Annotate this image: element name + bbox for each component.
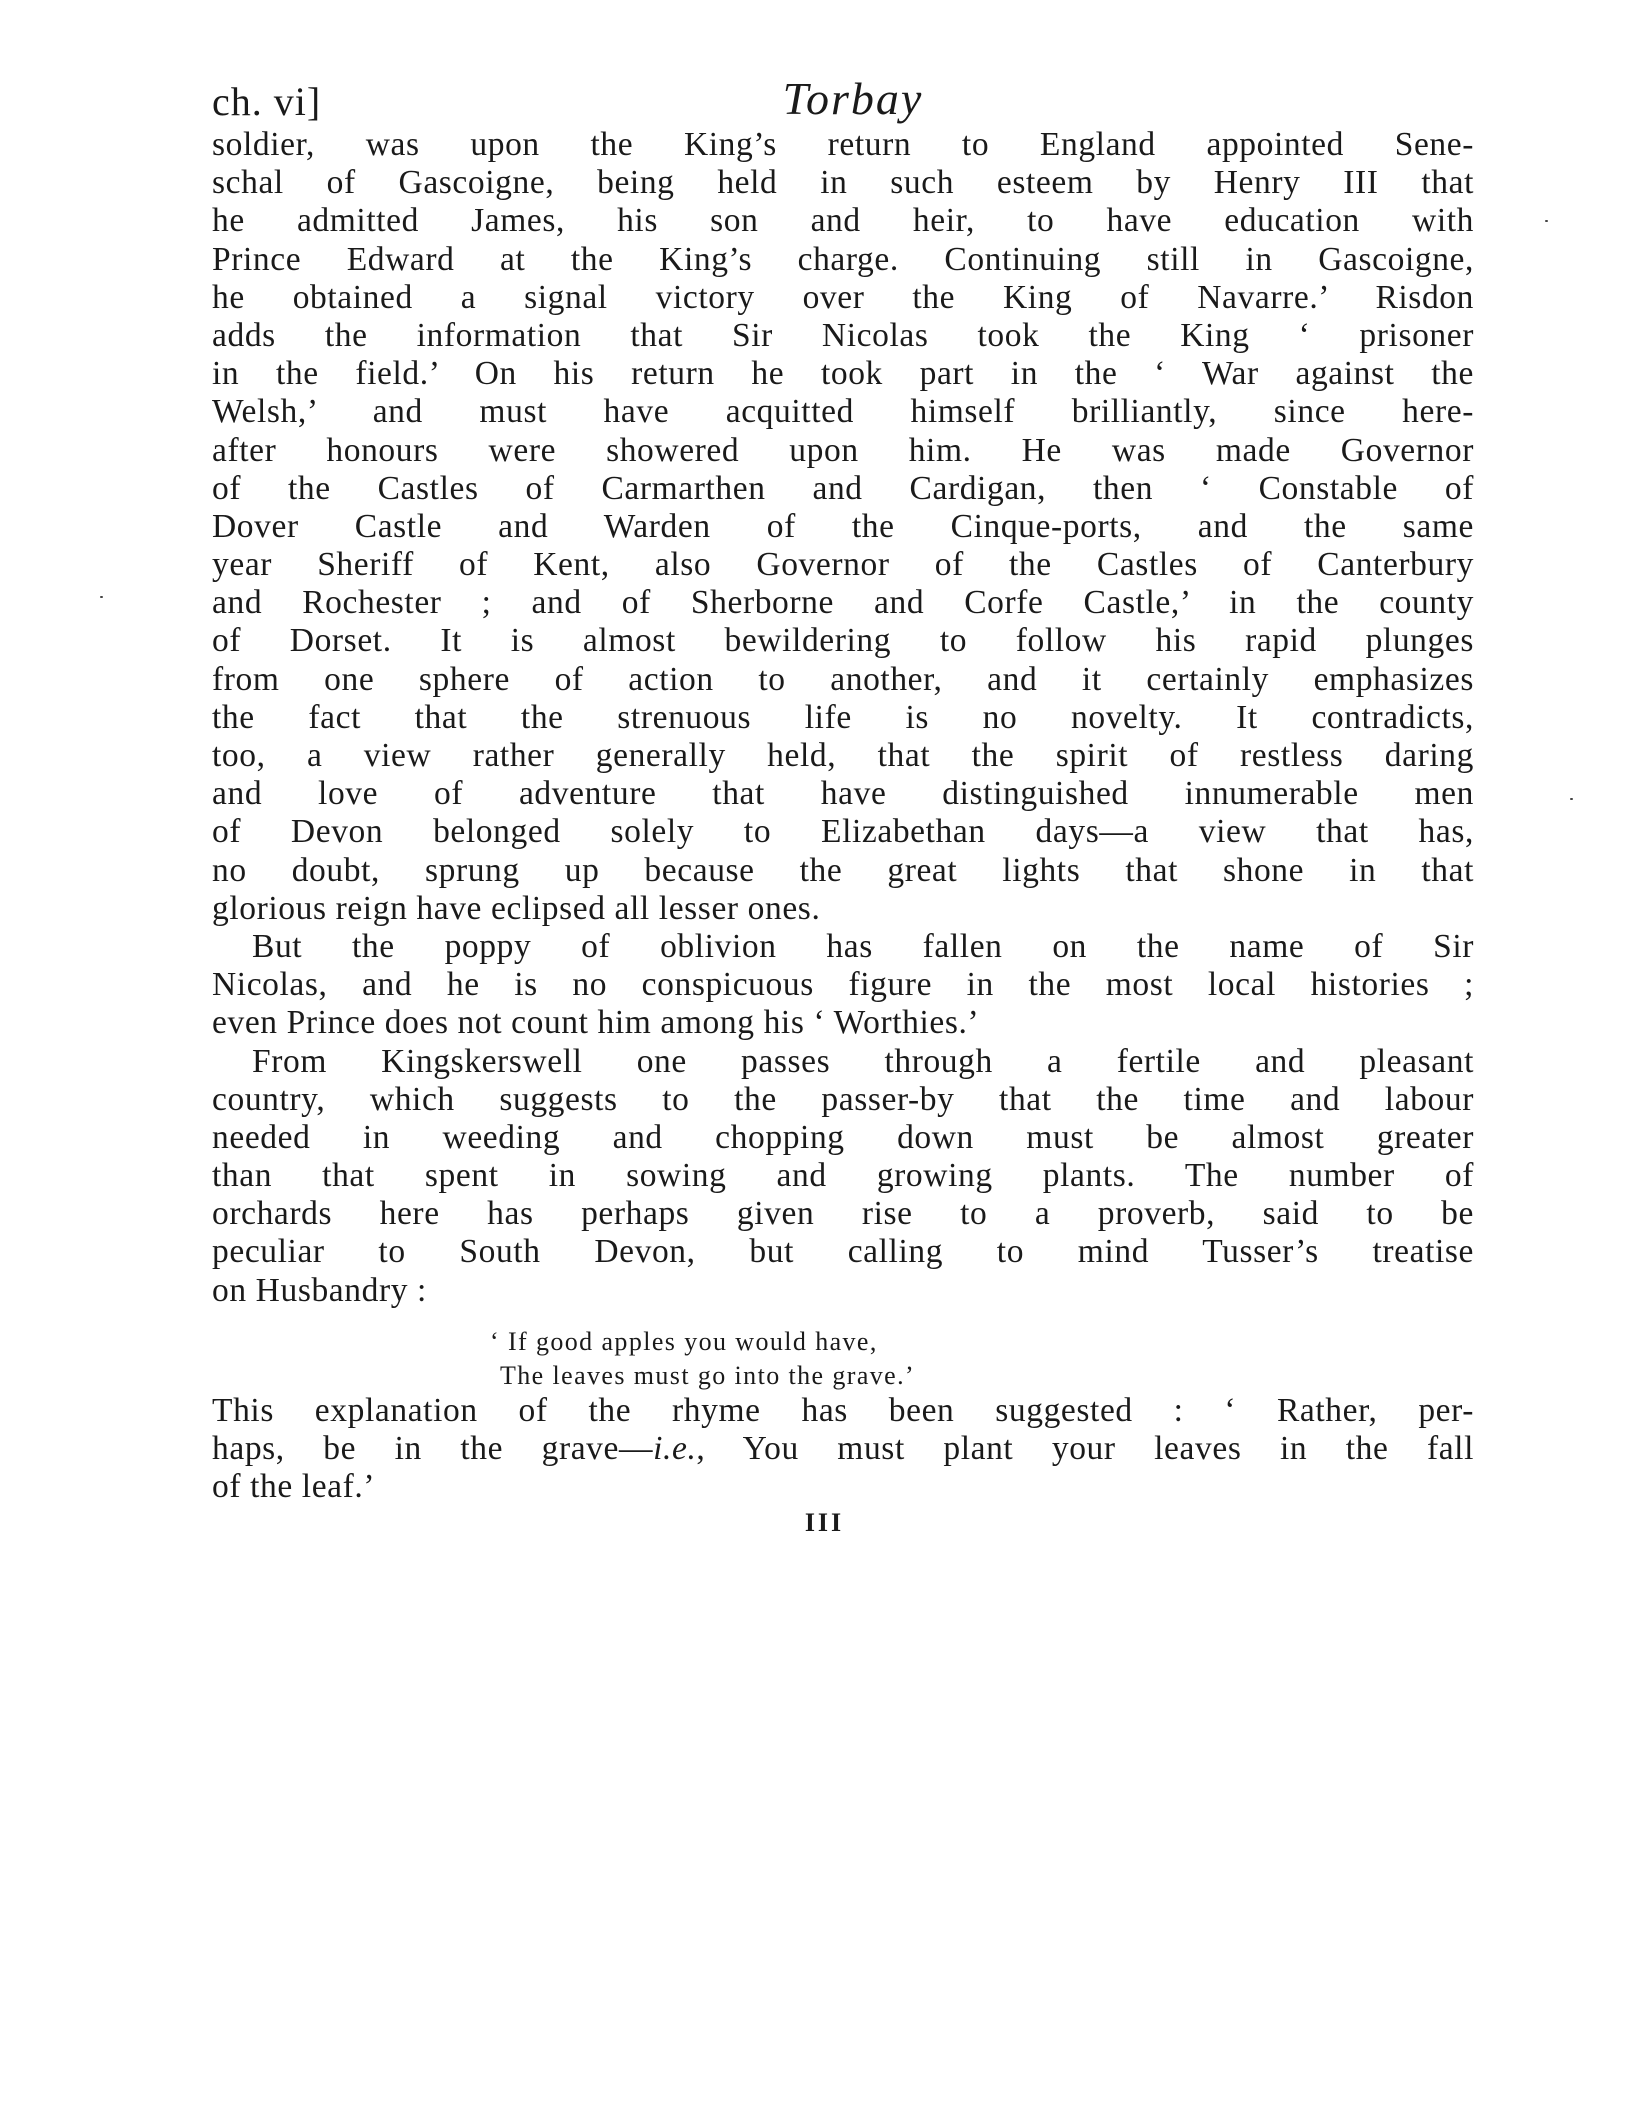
text-line: he obtained a signal victory over the Ki… bbox=[212, 279, 1474, 317]
text-line: on Husbandry : bbox=[212, 1272, 1474, 1310]
text-line: This explanation of the rhyme has been s… bbox=[212, 1392, 1474, 1430]
running-head: ch. vi] Torbay bbox=[212, 72, 1474, 132]
text-line: country, which suggests to the passer-by… bbox=[212, 1081, 1474, 1119]
page-number: III bbox=[0, 1508, 1629, 1538]
text-line: of Dorset. It is almost bewildering to f… bbox=[212, 622, 1474, 660]
italic-abbreviation: i.e. bbox=[653, 1430, 696, 1467]
verse-quotation: ‘ If good apples you would have, The lea… bbox=[490, 1325, 915, 1393]
text-line: soldier, was upon the King’s return to E… bbox=[212, 126, 1474, 164]
paragraph-start-line: But the poppy of oblivion has fallen on … bbox=[212, 928, 1474, 966]
text-line: too, a view rather generally held, that … bbox=[212, 737, 1474, 775]
closing-paragraph: This explanation of the rhyme has been s… bbox=[212, 1392, 1474, 1507]
paragraph-start-line: From Kingskerswell one passes through a … bbox=[212, 1043, 1474, 1081]
text-line: Prince Edward at the King’s charge. Cont… bbox=[212, 241, 1474, 279]
scan-speck bbox=[100, 596, 103, 598]
text-line-with-italic: haps, be in the grave—i.e., You must pla… bbox=[212, 1430, 1474, 1468]
text-line: after honours were showered upon him. He… bbox=[212, 432, 1474, 470]
text-line: glorious reign have eclipsed all lesser … bbox=[212, 890, 1474, 928]
text-line: schal of Gascoigne, being held in such e… bbox=[212, 164, 1474, 202]
text-line: year Sheriff of Kent, also Governor of t… bbox=[212, 546, 1474, 584]
text-line: orchards here has perhaps given rise to … bbox=[212, 1195, 1474, 1233]
scan-speck bbox=[1545, 220, 1548, 222]
text-line: needed in weeding and chopping down must… bbox=[212, 1119, 1474, 1157]
body-text: soldier, was upon the King’s return to E… bbox=[212, 126, 1474, 1310]
text-line: Dover Castle and Warden of the Cinque-po… bbox=[212, 508, 1474, 546]
text-line: of Devon belonged solely to Elizabethan … bbox=[212, 813, 1474, 851]
text-line: of the leaf.’ bbox=[212, 1468, 1474, 1506]
text-line: than that spent in sowing and growing pl… bbox=[212, 1157, 1474, 1195]
verse-line: ‘ If good apples you would have, bbox=[490, 1325, 915, 1359]
text-line: Nicolas, and he is no conspicuous figure… bbox=[212, 966, 1474, 1004]
text-line: even Prince does not count him among his… bbox=[212, 1004, 1474, 1042]
text-line: of the Castles of Carmarthen and Cardiga… bbox=[212, 470, 1474, 508]
text-segment: , You must plant your leaves in the fall bbox=[696, 1430, 1474, 1467]
text-line: and love of adventure that have distingu… bbox=[212, 775, 1474, 813]
scan-speck bbox=[1570, 798, 1573, 800]
text-line: from one sphere of action to another, an… bbox=[212, 661, 1474, 699]
text-line: in the field.’ On his return he took par… bbox=[212, 355, 1474, 393]
text-line: the fact that the strenuous life is no n… bbox=[212, 699, 1474, 737]
running-title: Torbay bbox=[212, 72, 1474, 125]
text-line: no doubt, sprung up because the great li… bbox=[212, 852, 1474, 890]
text-segment: haps, be in the grave— bbox=[212, 1430, 653, 1467]
text-line: he admitted James, his son and heir, to … bbox=[212, 202, 1474, 240]
text-line: Welsh,’ and must have acquitted himself … bbox=[212, 393, 1474, 431]
verse-line: The leaves must go into the grave.’ bbox=[490, 1359, 915, 1393]
book-page: ch. vi] Torbay soldier, was upon the Kin… bbox=[0, 0, 1629, 2117]
text-line: and Rochester ; and of Sherborne and Cor… bbox=[212, 584, 1474, 622]
text-line: peculiar to South Devon, but calling to … bbox=[212, 1233, 1474, 1271]
text-line: adds the information that Sir Nicolas to… bbox=[212, 317, 1474, 355]
